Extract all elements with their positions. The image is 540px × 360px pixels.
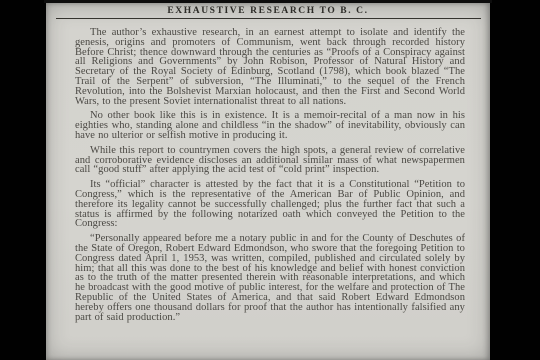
page-body: The author’s exhaustive research, in an … — [46, 19, 490, 322]
paragraph-official-character: Its “official” character is attested by … — [75, 180, 465, 229]
page-top-edge — [44, 0, 492, 3]
paragraph-notarized-oath-quote: “Personally appeared before me a notary … — [75, 234, 465, 322]
scan-viewport: EXHAUSTIVE RESEARCH TO B. C. The author’… — [0, 0, 540, 360]
paragraph-no-other-book: No other book like this is in existence.… — [75, 111, 465, 140]
paragraph-report-review: While this report to countrymen covers t… — [75, 146, 465, 175]
page-title: EXHAUSTIVE RESEARCH TO B. C. — [46, 6, 490, 17]
document-page: EXHAUSTIVE RESEARCH TO B. C. The author’… — [46, 3, 490, 360]
paragraph-research-overview: The author’s exhaustive research, in an … — [75, 28, 465, 106]
